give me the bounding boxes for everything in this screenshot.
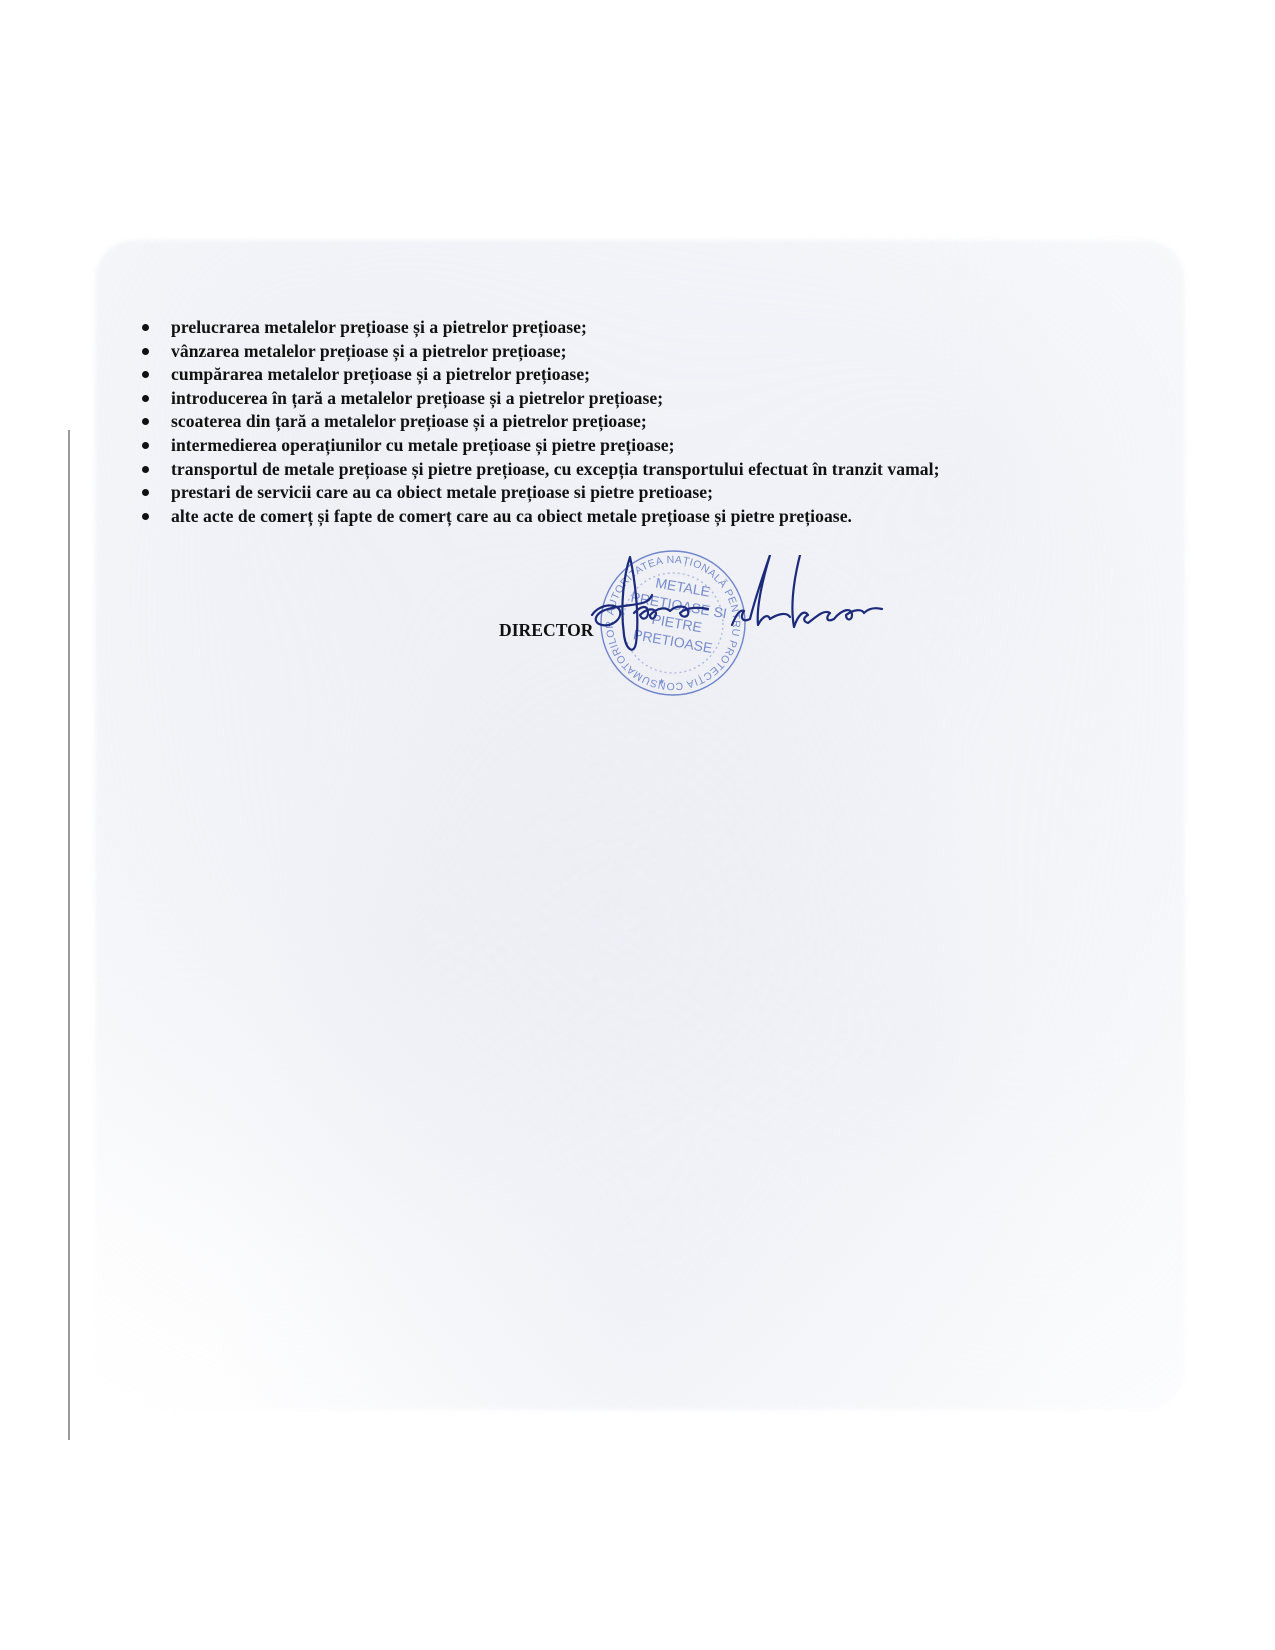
scan-edge-line [68, 430, 70, 1440]
list-item: vânzarea metalelor prețioase și a pietre… [142, 340, 1102, 364]
list-item-text: transportul de metale prețioase și pietr… [171, 459, 940, 479]
activities-list: prelucrarea metalelor prețioase și a pie… [142, 316, 1102, 528]
list-item-text: intermedierea operațiunilor cu metale pr… [171, 435, 675, 455]
bullet-icon [142, 348, 149, 355]
signature-icon [590, 555, 910, 675]
list-item-text: vânzarea metalelor prețioase și a pietre… [171, 341, 567, 361]
bullet-icon [142, 371, 149, 378]
list-item: intermedierea operațiunilor cu metale pr… [142, 434, 1102, 458]
list-item: prelucrarea metalelor prețioase și a pie… [142, 316, 1102, 340]
list-item: prestari de servicii care au ca obiect m… [142, 481, 1102, 505]
bullet-icon [142, 489, 149, 496]
bullet-icon [142, 324, 149, 331]
list-item: alte acte de comerț și fapte de comerț c… [142, 505, 871, 529]
list-item-text: scoaterea din țară a metalelor prețioase… [171, 411, 647, 431]
list-item: scoaterea din țară a metalelor prețioase… [142, 410, 1102, 434]
bullet-icon [142, 513, 149, 520]
bullet-icon [142, 395, 149, 402]
signatory-title: DIRECTOR [499, 620, 594, 641]
list-item: transportul de metale prețioase și pietr… [142, 458, 1102, 482]
list-item: introducerea în țară a metalelor prețioa… [142, 387, 1102, 411]
bullet-icon [142, 442, 149, 449]
list-item-text: cumpărarea metalelor prețioase și a piet… [171, 364, 590, 384]
svg-text:★: ★ [658, 677, 665, 686]
list-item-text: introducerea în țară a metalelor prețioa… [171, 388, 663, 408]
list-item-text: prelucrarea metalelor prețioase și a pie… [171, 317, 587, 337]
bullet-icon [142, 418, 149, 425]
list-item-text: prestari de servicii care au ca obiect m… [171, 482, 713, 502]
bullet-icon [142, 466, 149, 473]
list-item-text: alte acte de comerț și fapte de comerț c… [171, 506, 852, 526]
list-item: cumpărarea metalelor prețioase și a piet… [142, 363, 1102, 387]
